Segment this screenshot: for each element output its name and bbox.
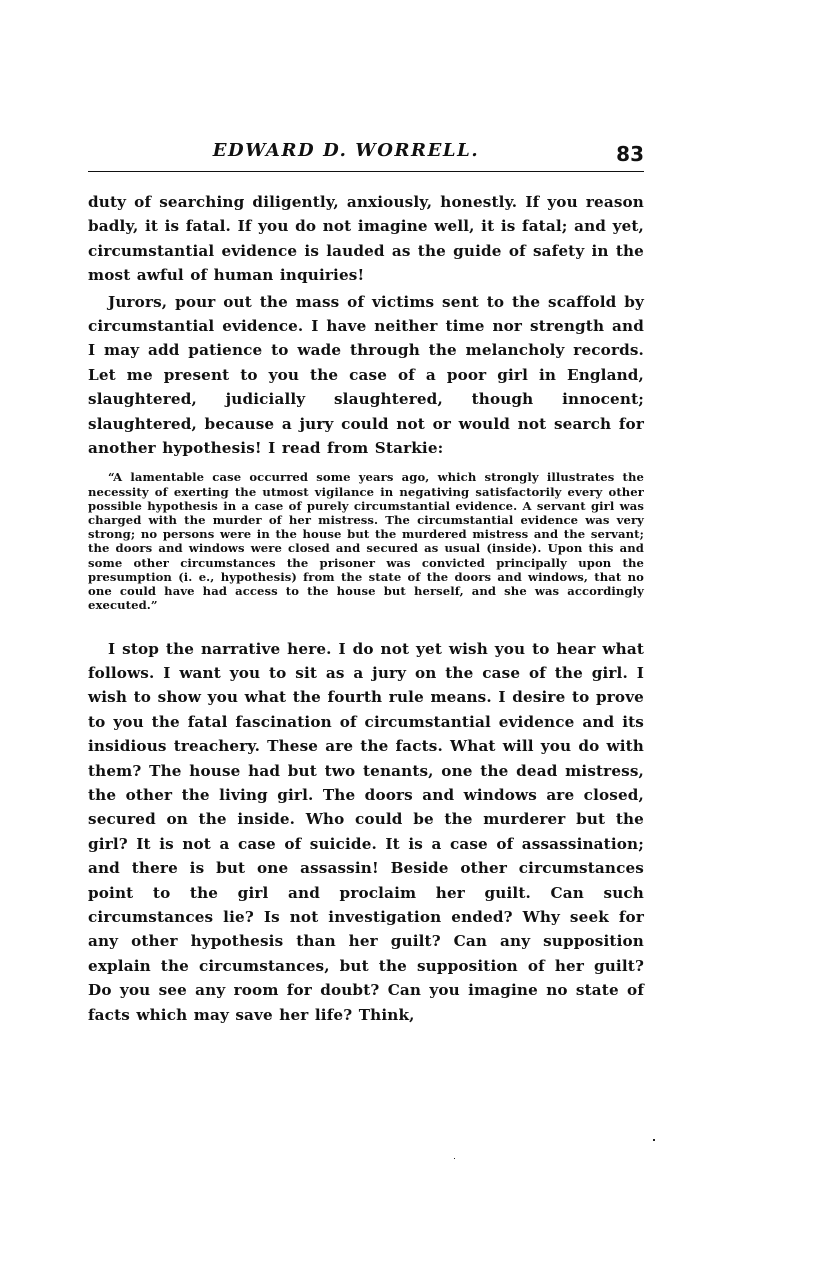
page-number: 83 [616,142,644,166]
body-text: duty of searching diligently, anxiously,… [88,190,644,1027]
running-header: EDWARD D. WORRELL. 83 [88,138,644,172]
book-page: EDWARD D. WORRELL. 83 duty of searching … [88,138,644,1027]
header-rule [88,171,644,172]
paragraph-narrative: I stop the narrative here. I do not yet … [88,637,644,1028]
running-title: EDWARD D. WORRELL. [88,140,644,161]
scan-speck [653,1139,655,1141]
scan-speck [454,1158,455,1159]
paragraph-continuation: duty of searching diligently, anxiously,… [88,190,644,288]
paragraph-jurors: Jurors, pour out the mass of victims sen… [88,290,644,461]
starkie-quote: “A lamentable case occurred some years a… [88,470,644,612]
